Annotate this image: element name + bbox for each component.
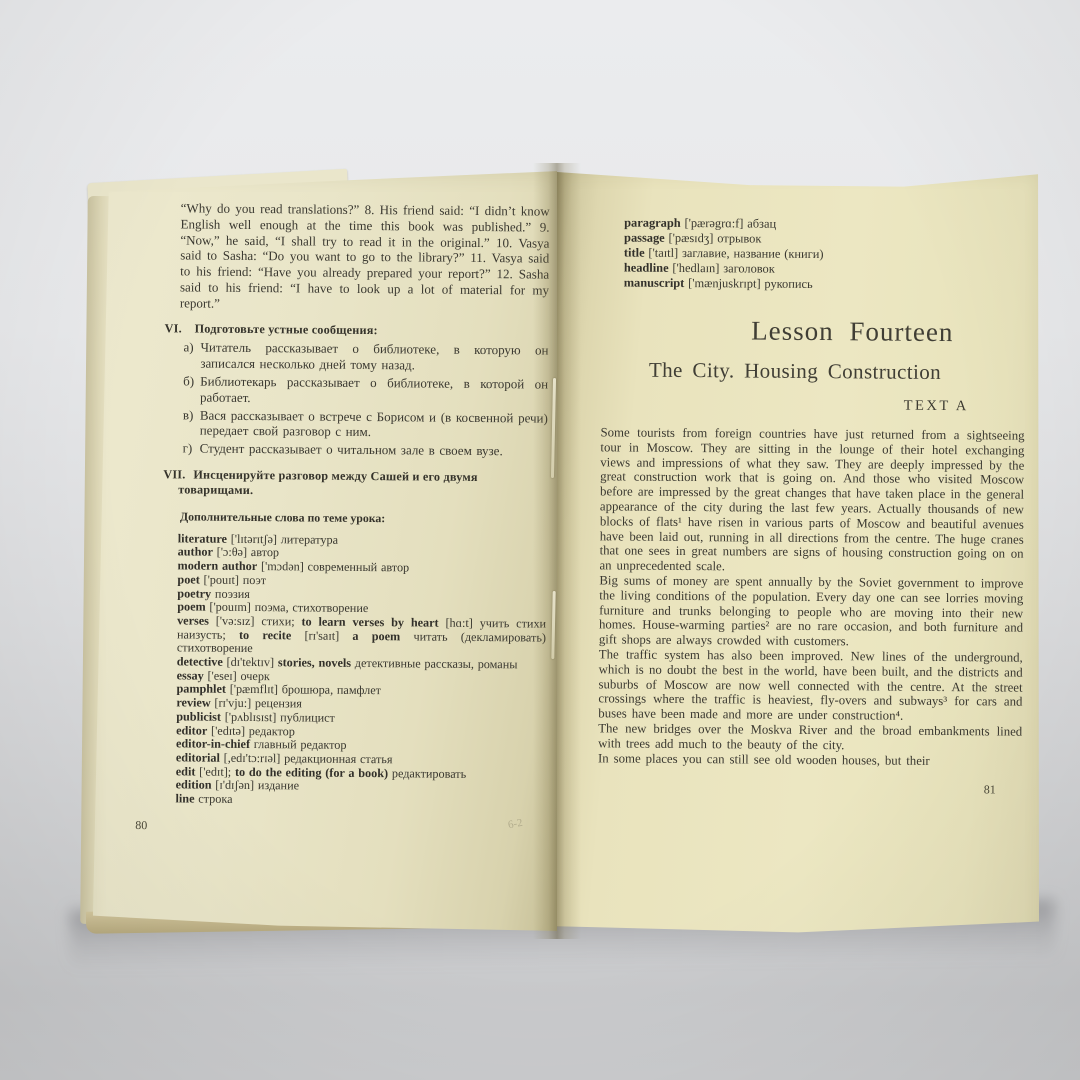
lesson-subtitle: The City. Housing Construction (601, 357, 1025, 384)
paragraph: The new bridges over the Moskva River an… (598, 721, 1022, 754)
page-number-left: 80 (135, 818, 544, 837)
right-paragraphs: Some tourists from foreign countries hav… (598, 425, 1025, 769)
paragraph: In some places you can still see old woo… (598, 751, 1022, 769)
exercise-paragraph: “Why do you read translations?” 8. His f… (180, 200, 550, 314)
paragraph: Big sums of money are spent annually by … (599, 573, 1024, 650)
paragraph: The traffic system has also been improve… (598, 647, 1023, 724)
section-vii-title: Инсценируйте разговор между Сашей и его … (178, 467, 478, 497)
page-number-right: 81 (598, 780, 1022, 798)
section-vi-items: а)Читатель рассказывает о библиотеке, в … (179, 340, 549, 460)
printers-signature-mark: 6-2 (507, 817, 524, 831)
left-vocab-list: literature ['lɪtərɪtʃə] литератураauthor… (175, 532, 546, 809)
text-a-label: TEXT A (601, 395, 1025, 415)
left-page: “Why do you read translations?” 8. His f… (92, 168, 557, 934)
list-item: а)Читатель рассказывает о библиотеке, в … (179, 340, 548, 375)
section-vi-heading: VI.Подготовьте устные сообщения: (180, 321, 549, 340)
vocab-entry: verses ['və:sɪz] стихи; to learn verses … (177, 614, 546, 658)
paragraph: Some tourists from foreign countries hav… (599, 425, 1024, 576)
book-photo-scene: “Why do you read translations?” 8. His f… (0, 0, 1080, 1080)
vocab-heading: Дополнительные слова по теме урока: (180, 509, 547, 528)
right-vocab-list: paragraph ['pærəgrɑ:f] абзацpassage ['pæ… (624, 216, 1027, 294)
list-item: б)Библиотекарь рассказывает о библиотеке… (179, 373, 548, 408)
list-item: в)Вася рассказывает о встрече с Борисом … (179, 407, 548, 442)
section-vi-number: VI. (165, 321, 195, 337)
vocab-entry: manuscript ['mænjuskrɪpt] рукопись (624, 276, 1026, 294)
right-page-content: paragraph ['pærəgrɑ:f] абзацpassage ['pæ… (598, 208, 1027, 798)
lesson-title: Lesson Fourteen (601, 314, 1025, 347)
section-vi-title: Подготовьте устные сообщения: (195, 321, 378, 337)
section-vii-number: VII. (163, 467, 193, 482)
vocab-entry: line строка (175, 792, 544, 809)
section-vii-heading: VII.Инсценируйте разговор между Сашей и … (178, 467, 547, 500)
right-page: paragraph ['pærəgrɑ:f] абзацpassage ['pæ… (557, 165, 1039, 937)
left-page-content: “Why do you read translations?” 8. His f… (175, 200, 550, 837)
list-item: г)Студент рассказывает о читальном зале … (179, 441, 548, 460)
